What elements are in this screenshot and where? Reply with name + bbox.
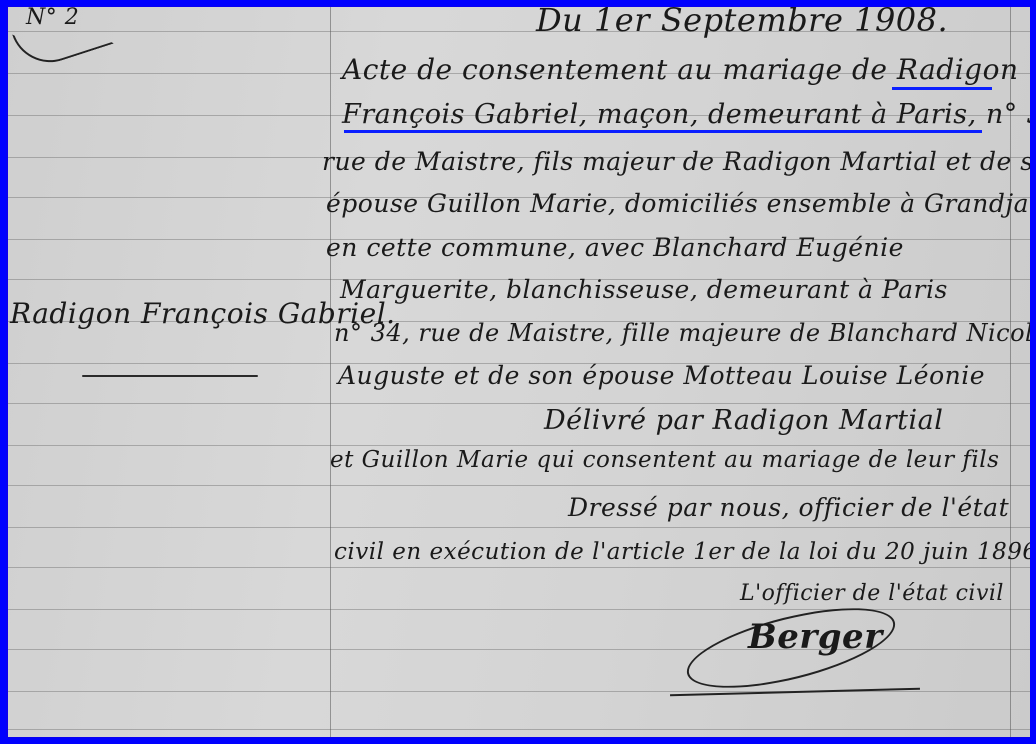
ruled-line bbox=[8, 445, 1030, 446]
act-line-12: civil en exécution de l'article 1er de l… bbox=[334, 539, 1030, 565]
act-line-3: rue de Maistre, fils majeur de Radigon M… bbox=[322, 147, 1030, 176]
act-line-6: Marguerite, blanchisseuse, demeurant à P… bbox=[340, 275, 948, 304]
act-line-9: Délivré par Radigon Martial bbox=[544, 405, 943, 436]
act-line-11: Dressé par nous, officier de l'état bbox=[568, 493, 1009, 522]
ruled-line bbox=[8, 403, 1030, 404]
margin-line bbox=[330, 7, 331, 737]
ruled-line bbox=[8, 527, 1030, 528]
name-underline bbox=[892, 87, 992, 90]
act-line-1: Acte de consentement au mariage de Radig… bbox=[342, 53, 1019, 86]
ruled-line bbox=[8, 567, 1030, 568]
act-line-4: épouse Guillon Marie, domiciliés ensembl… bbox=[326, 189, 1030, 218]
act-line-10: et Guillon Marie qui consentent au maria… bbox=[330, 447, 999, 473]
name-underline bbox=[344, 130, 982, 133]
act-line-7: n° 34, rue de Maistre, fille majeure de … bbox=[334, 319, 1030, 347]
signature: Berger bbox=[748, 617, 883, 657]
officer-title: L'officier de l'état civil bbox=[740, 581, 1004, 606]
margin-note-rule bbox=[82, 375, 258, 377]
date-heading: Du 1er Septembre 1908. bbox=[536, 7, 948, 39]
act-line-8: Auguste et de son épouse Motteau Louise … bbox=[338, 361, 985, 390]
ruled-line bbox=[8, 691, 1030, 692]
register-page: N° 2 Radigon François Gabriel. Du 1er Se… bbox=[8, 7, 1030, 737]
ruled-line bbox=[8, 729, 1030, 730]
ruled-line bbox=[8, 485, 1030, 486]
act-line-2: François Gabriel, maçon, demeurant à Par… bbox=[342, 99, 1030, 130]
signature-underline bbox=[670, 688, 920, 697]
act-line-5: en cette commune, avec Blanchard Eugénie bbox=[326, 233, 904, 262]
